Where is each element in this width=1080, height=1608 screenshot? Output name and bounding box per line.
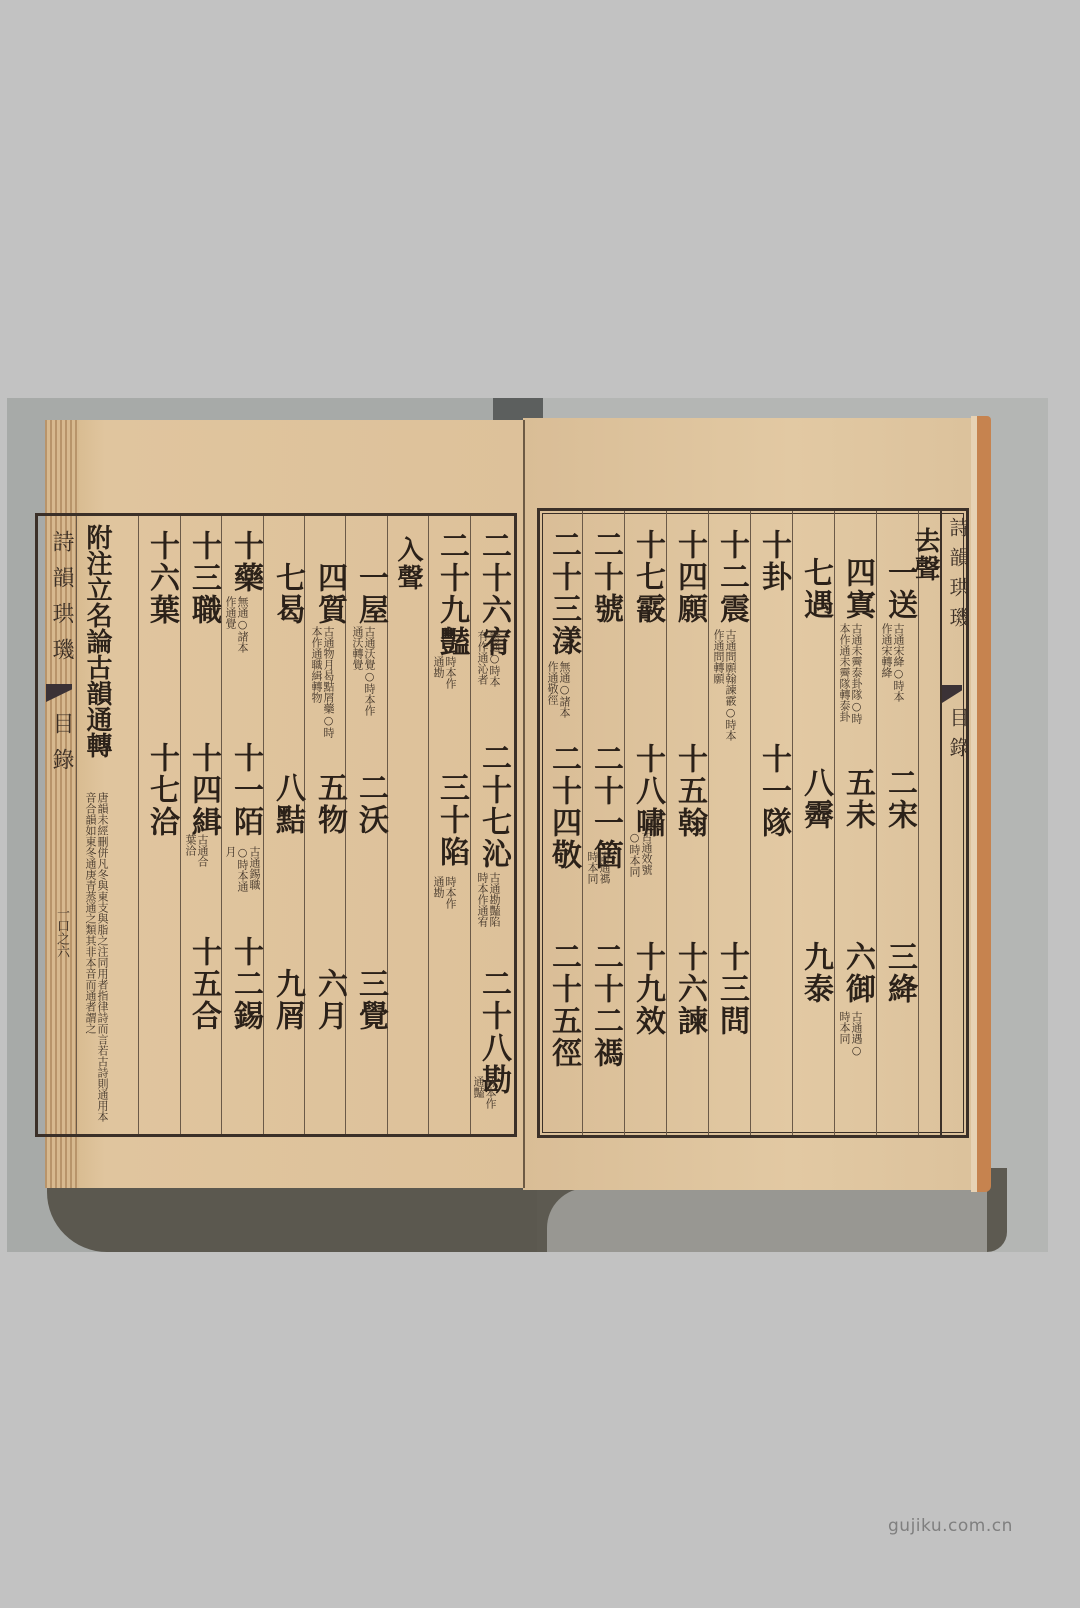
column-rule bbox=[221, 516, 222, 1134]
rhyme-note: 時本作通勘 bbox=[432, 656, 456, 696]
left-margin-title: 詩韻珙璣 bbox=[46, 530, 77, 674]
book-cover-edge bbox=[971, 416, 991, 1192]
rhyme-entry: 十一陌 bbox=[230, 742, 260, 838]
column-rule bbox=[666, 511, 667, 1135]
rhyme-entry: 九屑 bbox=[272, 968, 302, 1032]
rhyme-entry: 二十七沁 bbox=[478, 742, 508, 870]
rhyme-note: 古通合葉洽 bbox=[184, 834, 208, 874]
rhyme-entry: 十五合 bbox=[188, 936, 218, 1032]
rhyme-entry: 五物 bbox=[314, 772, 344, 836]
rhyme-entry: 二十二禡 bbox=[590, 941, 620, 1069]
rhyme-entry: 十四願 bbox=[674, 529, 704, 625]
rhyme-entry: 一屋 bbox=[355, 562, 385, 626]
column-rule bbox=[582, 511, 583, 1135]
rhyme-entry: 三十陷 bbox=[436, 772, 466, 868]
left-margin-section: 目錄 bbox=[46, 712, 77, 784]
rhyme-note: 古通遇○時本同 bbox=[836, 1011, 862, 1061]
rhyme-entry: 十七洽 bbox=[146, 742, 176, 838]
column-rule bbox=[792, 511, 793, 1135]
rhyme-entry: 七遇 bbox=[800, 557, 830, 621]
column-rule bbox=[834, 511, 835, 1135]
fish-tail-mark bbox=[942, 685, 962, 703]
book-gutter bbox=[523, 420, 525, 1188]
rhyme-entry: 六御 bbox=[842, 941, 872, 1005]
rhyme-entry: 二十五徑 bbox=[548, 941, 578, 1069]
rhyme-note: 古通問願翰諫霰○時本作通問轉願 bbox=[710, 629, 736, 749]
rhyme-entry: 二十九豔 bbox=[436, 530, 466, 658]
rhyme-entry: 二十三漾 bbox=[548, 529, 578, 657]
fish-tail-mark bbox=[46, 684, 72, 702]
right-margin-section: 目錄 bbox=[944, 707, 973, 767]
rhyme-entry: 七曷 bbox=[272, 562, 302, 626]
book-shadow-light bbox=[547, 1188, 987, 1252]
rhyme-entry: 八霽 bbox=[800, 767, 830, 831]
rhyme-note: 古通未霽泰卦隊○時本作通未霽隊轉泰卦 bbox=[836, 623, 862, 733]
rhyme-entry: 三覺 bbox=[355, 968, 385, 1032]
rhyme-entry: 二沃 bbox=[355, 772, 385, 836]
rhyme-entry: 十八嘯 bbox=[632, 743, 662, 839]
rhyme-note: 古通宋絳○時本作通宋轉絳 bbox=[878, 623, 904, 703]
rhyme-entry: 十二震 bbox=[716, 529, 746, 625]
book-photo: 詩韻珙璣 目錄 一口之六 附注立名論古韻通轉 唐韻未經刪併凡冬與東支與脂之注同用… bbox=[7, 398, 1048, 1252]
rhyme-entry: 四寘 bbox=[842, 557, 872, 621]
rhyme-entry: 十三問 bbox=[716, 941, 746, 1037]
rhyme-note: 古通勘豔陷時本作通宥 bbox=[474, 872, 500, 932]
rhyme-note: 古通沃覺○時本作通沃轉覺 bbox=[349, 626, 375, 716]
rhyme-entry: 八黠 bbox=[272, 772, 302, 836]
right-margin-title: 詩韻珙璣 bbox=[944, 517, 973, 637]
rhyme-entry: 二宋 bbox=[884, 767, 914, 831]
margin-rule bbox=[940, 511, 942, 1135]
rhyme-entry: 九泰 bbox=[800, 941, 830, 1005]
column-rule bbox=[624, 511, 625, 1135]
column-rule bbox=[750, 511, 751, 1135]
section-heading-rusheng: 入聲 bbox=[395, 536, 421, 592]
rhyme-note: 古通效號○時本同 bbox=[626, 831, 652, 881]
rhyme-note: 無通○諸本作通覺 bbox=[224, 596, 248, 656]
column-rule bbox=[180, 516, 181, 1134]
rhyme-note: 時本作通豔 bbox=[472, 1076, 496, 1116]
watermark: gujiku.com.cn bbox=[888, 1516, 1013, 1536]
rhyme-note: 古通錫職○時本通月 bbox=[224, 846, 260, 896]
rhyme-note: 古通禡時本同 bbox=[584, 851, 610, 891]
rhyme-entry: 四質 bbox=[314, 562, 344, 626]
rhyme-entry: 十卦 bbox=[758, 529, 788, 593]
right-page-frame: 二十三漾 無通○諸本作通敬徑 二十四敬 二十五徑 二十號 二十一箇 古通禡時本同… bbox=[537, 508, 969, 1138]
rhyme-note: 無通○時本有作通沁者 bbox=[474, 630, 500, 690]
rhyme-entry: 五未 bbox=[842, 767, 872, 831]
rhyme-note: 古通物月曷黠屑藥○時本作通職緝轉物 bbox=[308, 626, 334, 746]
column-rule bbox=[918, 511, 919, 1135]
appendix-body: 唐韻未經刪併凡冬與東支與脂之注同用者指律詩而言若古詩則通用本音合韻如東冬通庚青蒸… bbox=[82, 792, 108, 1122]
column-rule bbox=[263, 516, 264, 1134]
rhyme-entry: 十三職 bbox=[188, 530, 218, 626]
rhyme-entry: 十九效 bbox=[632, 941, 662, 1037]
rhyme-entry: 十藥 bbox=[230, 530, 260, 594]
rhyme-entry: 十一隊 bbox=[758, 743, 788, 839]
rhyme-entry: 十四緝 bbox=[188, 742, 218, 838]
left-page-number: 一口之六 bbox=[52, 906, 71, 958]
rhyme-entry: 十六葉 bbox=[146, 530, 176, 626]
rhyme-entry: 三絳 bbox=[884, 941, 914, 1005]
column-rule bbox=[876, 511, 877, 1135]
column-rule bbox=[138, 516, 139, 1134]
column-rule bbox=[708, 511, 709, 1135]
rhyme-entry: 十七霰 bbox=[632, 529, 662, 625]
column-rule bbox=[428, 516, 429, 1134]
rhyme-entry: 二十號 bbox=[590, 529, 620, 625]
left-page-frame: 詩韻珙璣 目錄 一口之六 附注立名論古韻通轉 唐韻未經刪併凡冬與東支與脂之注同用… bbox=[35, 513, 517, 1137]
rhyme-entry: 二十四敬 bbox=[548, 743, 578, 871]
section-heading-qusheng: 去聲 bbox=[912, 527, 938, 583]
rhyme-entry: 十二錫 bbox=[230, 936, 260, 1032]
rhyme-note: 無通○諸本作通敬徑 bbox=[544, 661, 570, 721]
column-rule bbox=[470, 516, 471, 1134]
rhyme-entry: 六月 bbox=[314, 968, 344, 1032]
rhyme-entry: 十五翰 bbox=[674, 743, 704, 839]
rhyme-entry: 十六諫 bbox=[674, 941, 704, 1037]
rhyme-note: 時本作通勘 bbox=[432, 876, 456, 916]
appendix-title: 附注立名論古韻通轉 bbox=[84, 524, 110, 758]
